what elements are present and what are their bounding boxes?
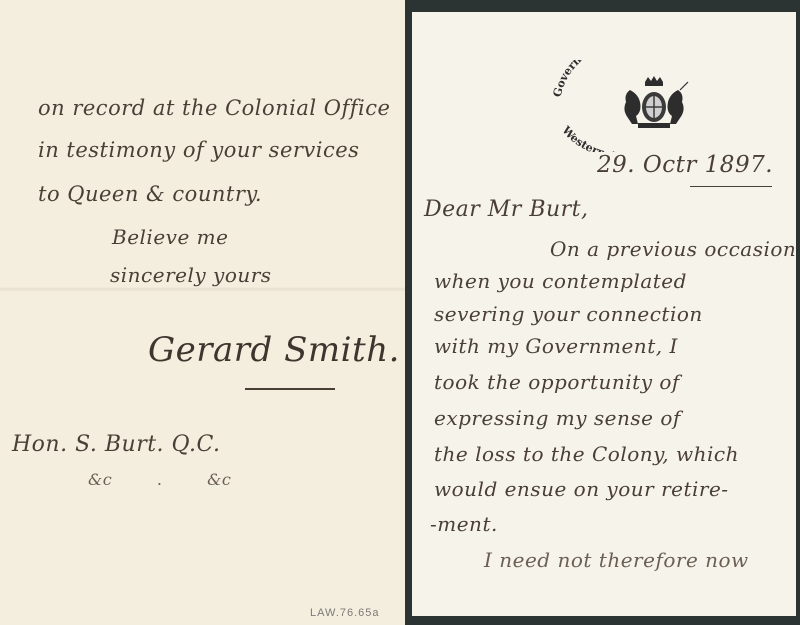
letter-page-left: on record at the Colonial Office in test…	[0, 0, 405, 625]
addressee-sub: &c . &c	[88, 470, 231, 489]
letter-page-right: Government House. Perth. Western Austral…	[412, 12, 796, 616]
body-line: -ment.	[430, 512, 498, 536]
date-underline	[690, 186, 772, 187]
closing-line: sincerely yours	[110, 263, 272, 287]
signature: Gerard Smith.	[148, 330, 400, 370]
salutation: Dear Mr Burt,	[424, 197, 589, 222]
body-line: I need not therefore now	[484, 548, 749, 572]
coat-of-arms-icon: Government House. Perth. Western Austral…	[542, 60, 762, 152]
body-line: would ensue on your retire-	[434, 477, 729, 501]
handwritten-line: to Queen & country.	[38, 182, 262, 206]
body-line: the loss to the Colony, which	[434, 442, 739, 466]
body-line: with my Government, I	[434, 334, 678, 358]
handwritten-line: in testimony of your services	[38, 138, 359, 162]
body-line: expressing my sense of	[434, 406, 681, 430]
handwritten-line: on record at the Colonial Office	[38, 96, 390, 120]
letter-date: 29. Octr 1897.	[597, 152, 773, 178]
archive-reference: LAW.76.65a	[310, 607, 380, 619]
body-line: severing your connection	[434, 302, 703, 326]
body-line: took the opportunity of	[434, 370, 680, 394]
closing-line: Believe me	[112, 225, 228, 249]
letterhead: Government House. Perth. Western Austral…	[542, 60, 762, 152]
addressee-line: Hon. S. Burt. Q.C.	[12, 432, 221, 457]
body-line: On a previous occasion	[550, 237, 796, 261]
body-line: when you contemplated	[434, 269, 687, 293]
signature-flourish	[245, 388, 335, 390]
